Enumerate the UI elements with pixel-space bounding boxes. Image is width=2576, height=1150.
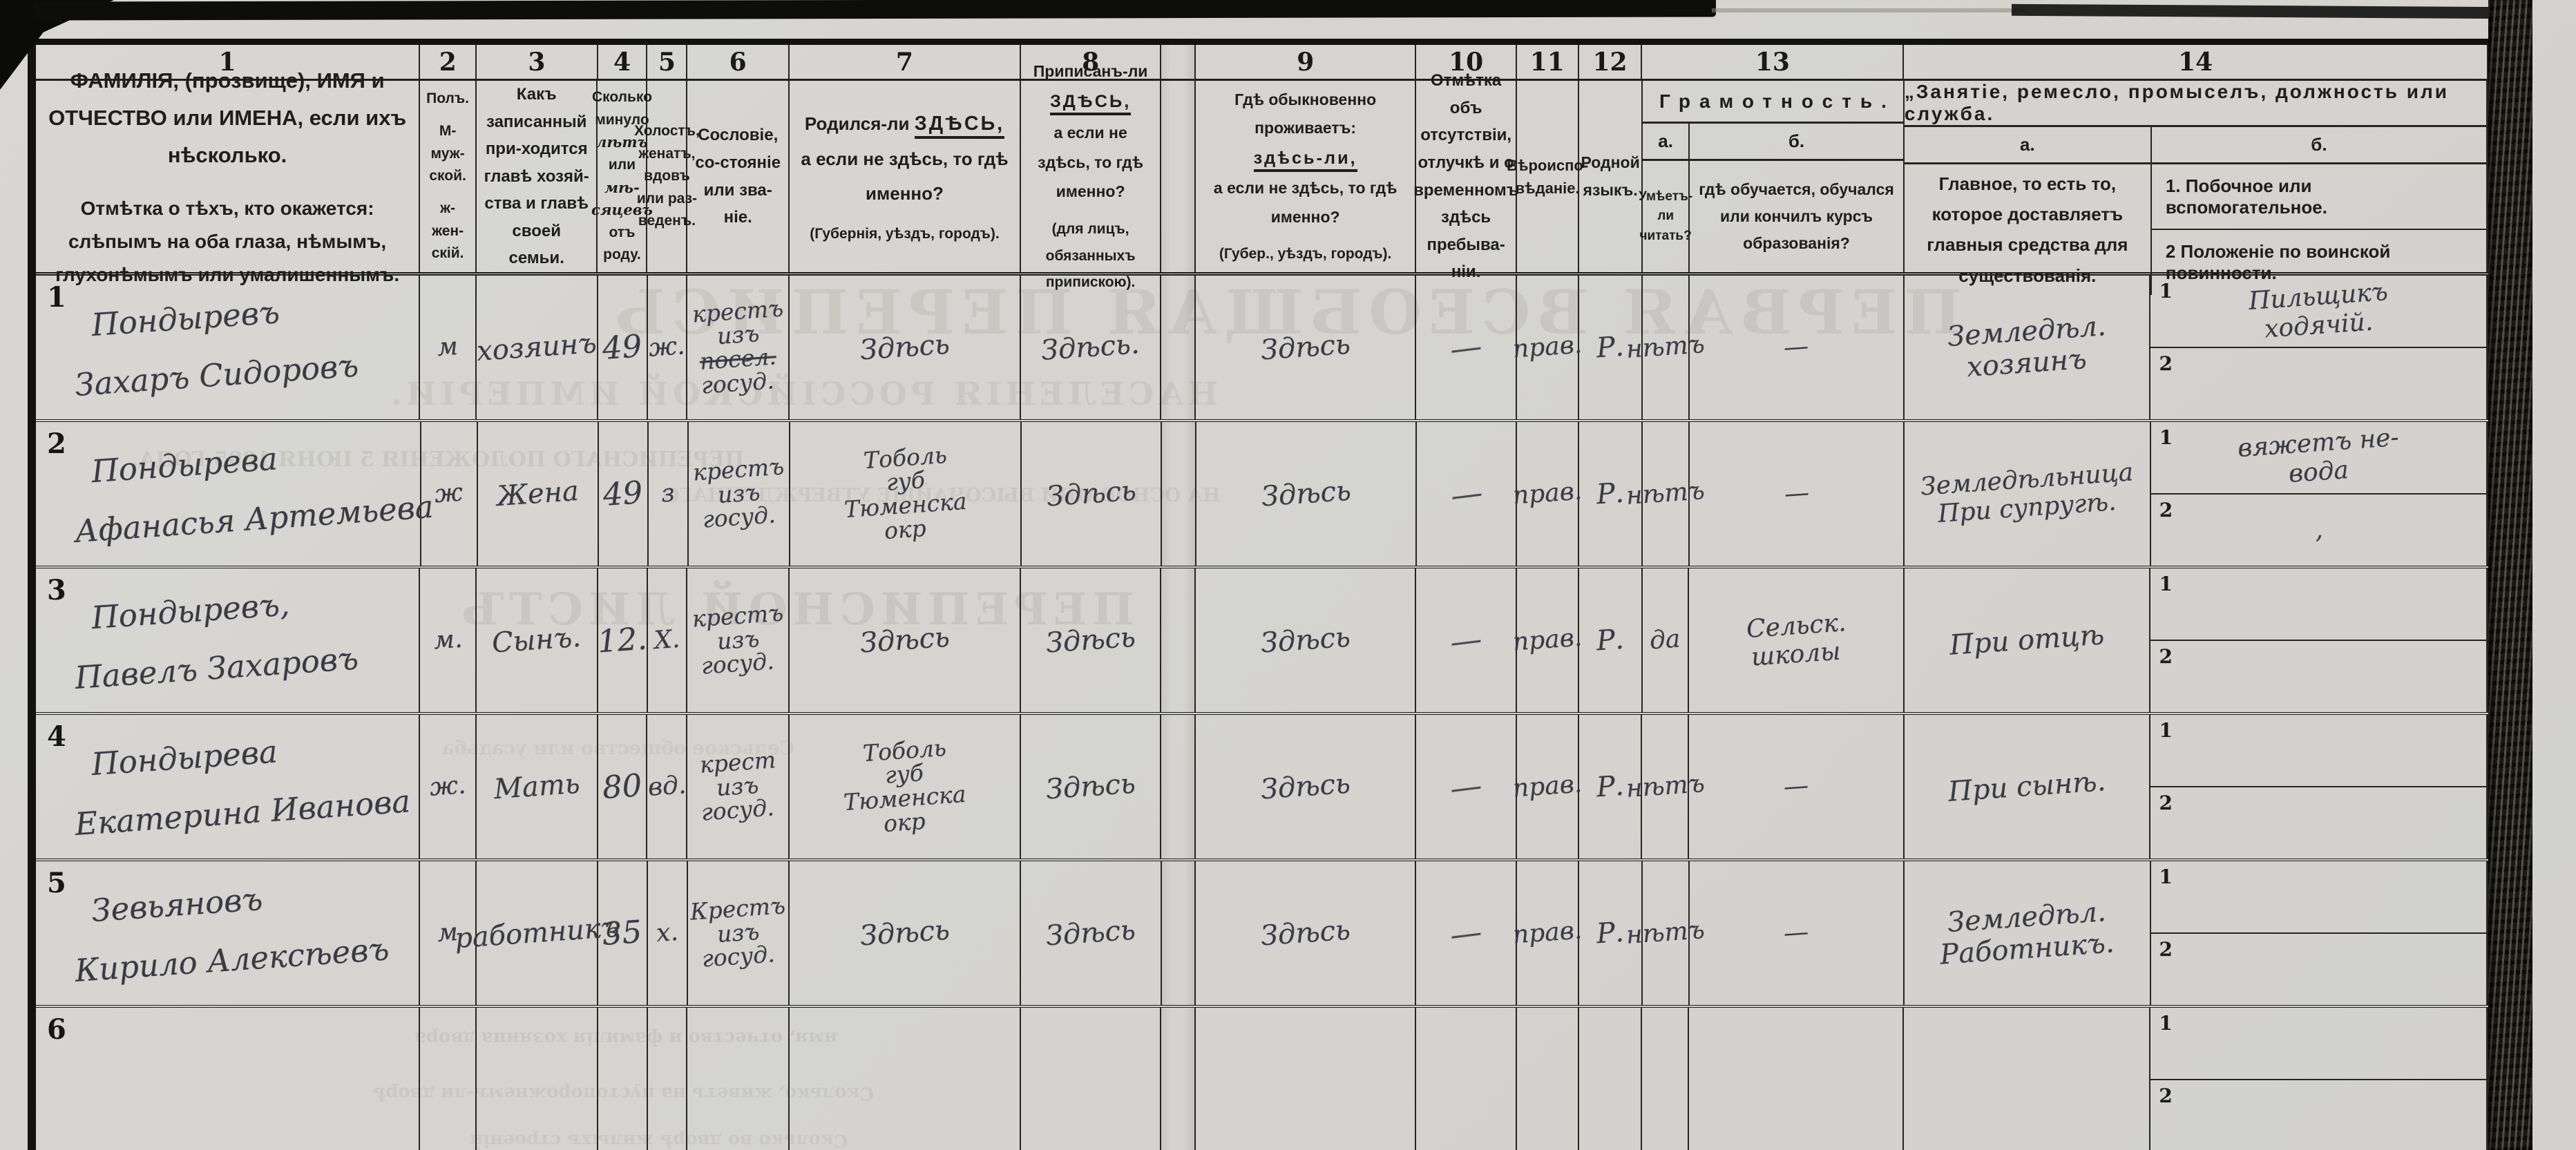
- hw-language: Р.: [1595, 331, 1625, 365]
- cell-absence: —: [1416, 276, 1517, 419]
- hw-estate: госуд.: [700, 650, 775, 679]
- printed-sub-number: 2: [2159, 792, 2172, 814]
- cell-name: 6: [36, 1008, 420, 1150]
- col-header-occupation: „Занятіе, ремесло, промыселъ, должность …: [1905, 81, 2488, 272]
- page-fold-strip: [1162, 861, 1196, 1005]
- cell-religion: прав.: [1517, 276, 1579, 419]
- page-fold-strip: [1162, 422, 1196, 566]
- hw-age: 12.: [596, 621, 648, 660]
- hw-surname: Зевьяновъ: [90, 871, 413, 929]
- hw-occupation-main: При отцѣ: [1949, 619, 2106, 662]
- hw-religion: прав.: [1512, 624, 1583, 657]
- hw-side-occupation: вода: [2288, 456, 2350, 488]
- born-post: а если не здѣсь, то гдѣ именно?: [795, 142, 1014, 211]
- col-num-11: 11: [1517, 45, 1579, 79]
- col-header-sex: Полъ. М-муж-ской. ж-жен-скій.: [420, 81, 477, 272]
- cell-registration: [1021, 1008, 1161, 1150]
- col-header-relation: Какъ записанный при-ходится главѣ хозяй-…: [477, 81, 598, 272]
- col-num-7: 7: [790, 45, 1021, 79]
- hw-resides: Здѣсь: [1259, 768, 1351, 806]
- side-occupation-sub1: 1: [2150, 568, 2486, 641]
- cell-marital: з: [649, 422, 689, 566]
- col-num-6: 6: [687, 45, 790, 79]
- hw-relation: Сынъ.: [491, 622, 582, 660]
- sex-title: Полъ.: [426, 88, 469, 111]
- cell-name: 1 Пондыревъ Захаръ Сидоровъ: [36, 276, 420, 419]
- printed-sub-number: 1: [2159, 280, 2172, 303]
- row-number: 6: [47, 1013, 66, 1046]
- cell-reads: да: [1643, 568, 1690, 712]
- cell-age: [598, 1008, 648, 1150]
- col-header-religion: Вѣроиспо-вѣданіе.: [1517, 81, 1579, 272]
- cell-name: 3 Пондыревъ, Павелъ Захаровъ: [36, 568, 420, 712]
- col-num-14: 14: [1904, 45, 2488, 79]
- hw-marital: Х.: [653, 625, 681, 655]
- col-num-2: 2: [420, 45, 477, 79]
- hw-absence: —: [1449, 474, 1485, 514]
- scanned-census-form: { "form": { "sub1": "1", "sub2": "2" }, …: [0, 0, 2576, 1150]
- cell-birthplace: Здѣсь: [790, 568, 1021, 712]
- sex-male-key: М-муж-ской.: [426, 120, 470, 188]
- hw-registered: Здѣсь: [1045, 914, 1137, 952]
- cell-marital: Х.: [648, 568, 688, 712]
- cell-marital: [648, 1008, 688, 1150]
- hw-surname: Пондыревъ: [90, 285, 413, 343]
- census-table: 1 2 3 4 5 6 7 8 9 10 11 12 13 14 ФАМИЛІЯ…: [28, 39, 2488, 1150]
- cell-occupation-main: Земледѣльница При супругѣ.: [1905, 422, 2151, 566]
- cell-school: —: [1690, 861, 1905, 1005]
- cell-relation: [477, 1008, 598, 1150]
- cell-school: —: [1690, 422, 1905, 566]
- hw-language: Р.: [1596, 477, 1625, 511]
- col-num-12: 12: [1579, 45, 1643, 79]
- hw-school: —: [1783, 772, 1810, 802]
- cell-occupation-side: 1 2: [2151, 861, 2488, 1005]
- hw-given-names: Афанасья Артемьева: [74, 490, 414, 550]
- page-fold-strip: [1161, 45, 1196, 79]
- hw-sex: ж.: [429, 772, 467, 803]
- cell-estate: [687, 1008, 790, 1150]
- literacy-title: Грамотность.: [1643, 81, 1903, 124]
- registered-post: а если не здѣсь, то гдѣ именно?: [1027, 118, 1154, 207]
- cell-residence: Здѣсь: [1196, 715, 1416, 859]
- cell-absence: —: [1416, 715, 1517, 859]
- scan-top-edge: [33, 0, 1716, 21]
- cell-age: 49: [599, 422, 649, 566]
- literacy-a-text: Умѣетъ-ли читать?: [1643, 161, 1688, 272]
- cell-birthplace: Здѣсь: [790, 861, 1021, 1005]
- printed-sub-number: 2: [2159, 645, 2172, 668]
- col-num-13: 13: [1642, 45, 1904, 79]
- cell-residence: [1196, 1008, 1416, 1150]
- cell-reads: нѣтъ: [1643, 861, 1690, 1005]
- book-spine-edge: [2488, 0, 2532, 1150]
- printed-sub-number: 1: [2159, 719, 2172, 742]
- hw-school: —: [1783, 918, 1810, 948]
- side-occupation-sub1: 1 вяжетъ не- вода: [2151, 422, 2486, 495]
- hw-school: школы: [1750, 638, 1842, 672]
- row-number: 3: [47, 574, 66, 606]
- row-number: 5: [47, 867, 66, 899]
- resides-note: (Губер., уѣздъ, городъ).: [1219, 241, 1392, 267]
- col-num-4: 4: [598, 45, 648, 79]
- hw-surname: Пондырева: [90, 725, 413, 783]
- hw-registered: Здѣсь.: [1040, 328, 1141, 367]
- hw-language: Р.: [1595, 624, 1625, 658]
- cell-registration: Здѣсь: [1021, 715, 1161, 859]
- col-header-estate: Сословіе, со-стояніе или зва-ніе.: [687, 81, 790, 272]
- printed-sub-number: 1: [2159, 426, 2173, 449]
- cell-sex: м: [420, 276, 477, 419]
- cell-occupation-side: 1 вяжетъ не- вода 2 ,: [2151, 422, 2488, 566]
- hw-birthplace: Здѣсь: [859, 914, 951, 952]
- side-occupation-sub2: 2: [2150, 787, 2486, 859]
- hw-religion: прав.: [1512, 917, 1583, 950]
- cell-relation: Сынъ.: [477, 568, 598, 712]
- hw-relation: работникъ: [453, 912, 620, 955]
- hw-sex: ж: [434, 479, 464, 509]
- col-header-name: ФАМИЛІЯ, (прозвище), ИМЯ и ОТЧЕСТВО или …: [36, 81, 420, 272]
- hw-given-names: Павелъ Захаровъ: [74, 637, 413, 696]
- census-row: 4 Пондырева Екатерина Иванова ж. Мать 80…: [36, 715, 2488, 861]
- hw-birthplace: Здѣсь: [859, 329, 951, 367]
- side-occupation-sub2: 2: [2150, 1080, 2486, 1150]
- cell-residence: Здѣсь: [1196, 422, 1417, 566]
- cell-absence: —: [1416, 568, 1517, 712]
- hw-absence: —: [1448, 327, 1484, 367]
- cell-religion: прав.: [1517, 861, 1579, 1005]
- occupation-b-label: б.: [2152, 127, 2486, 164]
- census-row: 1 Пондыревъ Захаръ Сидоровъ м хозяинъ 49…: [36, 276, 2488, 422]
- cell-school: —: [1690, 276, 1905, 419]
- hw-age: 80: [601, 767, 643, 806]
- hw-resides: Здѣсь: [1259, 329, 1351, 367]
- col-header-registration: Приписанъ-ли ЗДѢСЬ, а если не здѣсь, то …: [1021, 81, 1161, 272]
- row-number: 4: [47, 720, 66, 753]
- page-fold-strip: [1161, 1008, 1196, 1150]
- cell-registration: Здѣсь.: [1021, 276, 1161, 419]
- cell-reads: [1642, 1008, 1689, 1150]
- hw-marital: вд.: [647, 771, 687, 802]
- relation-text: Какъ записанный при-ходится главѣ хозяй-…: [482, 81, 591, 272]
- hw-absence: —: [1448, 913, 1484, 953]
- cell-sex: м.: [420, 568, 477, 712]
- cell-registration: Здѣсь: [1022, 422, 1162, 566]
- cell-school: [1689, 1008, 1904, 1150]
- cell-absence: —: [1416, 861, 1517, 1005]
- side-occupation-sub1: 1 Пильщикъ ходячій.: [2150, 276, 2486, 348]
- cell-relation: хозяинъ: [477, 276, 598, 419]
- hw-birthplace: окр: [883, 809, 926, 836]
- cell-religion: прав.: [1517, 422, 1579, 566]
- col-num-5: 5: [647, 45, 687, 79]
- cell-estate: крест изъ госуд.: [687, 715, 790, 859]
- hw-estate: госуд.: [701, 943, 776, 972]
- cell-sex: ж: [421, 422, 478, 566]
- registered-pre: Приписанъ-ли: [1033, 62, 1148, 80]
- cell-residence: Здѣсь: [1196, 861, 1416, 1005]
- cell-occupation-side: 1 2: [2150, 1008, 2488, 1150]
- cell-name: 5 Зевьяновъ Кирило Алексѣевъ: [36, 861, 420, 1005]
- resides-here-emphasis: здѣсь-ли,: [1254, 148, 1357, 172]
- cell-estate: крестъ изъ посел. госуд.: [687, 276, 790, 419]
- page-fold-strip: [1161, 715, 1196, 859]
- estate-text: Сословіе, со-стояніе или зва-ніе.: [693, 122, 783, 231]
- hw-surname: Пондыревъ,: [90, 578, 413, 636]
- cell-sex: ж.: [420, 715, 477, 859]
- cell-age: 12.: [598, 568, 648, 712]
- cell-name: 4 Пондырева Екатерина Иванова: [36, 715, 420, 859]
- printed-sub-number: 1: [2159, 865, 2173, 888]
- row-number: 1: [47, 281, 66, 314]
- census-row: 3 Пондыревъ, Павелъ Захаровъ м. Сынъ. 12…: [36, 568, 2488, 715]
- cell-marital: х.: [648, 861, 688, 1005]
- cell-birthplace: [790, 1008, 1021, 1150]
- hw-marital: ж.: [648, 332, 686, 363]
- hw-given-names: Захаръ Сидоровъ: [74, 344, 413, 403]
- cell-estate: Крестъ изъ госуд.: [688, 861, 790, 1005]
- side-occupation-sub1: 1: [2150, 715, 2486, 787]
- cell-occupation-side: 1 2: [2150, 715, 2488, 859]
- col-header-marital: Холостъ, женатъ, вдовъ или раз-веденъ.: [647, 81, 687, 272]
- hw-estate: госуд.: [700, 369, 775, 398]
- cell-relation: Мать: [477, 715, 598, 859]
- resides-post: а если не здѣсь, то гдѣ именно?: [1201, 174, 1409, 231]
- hw-registered: Здѣсь: [1045, 475, 1137, 513]
- cell-reads: нѣтъ: [1643, 422, 1690, 566]
- side-occupation-sub1: 1: [2150, 1008, 2486, 1080]
- hw-reads: да: [1649, 625, 1681, 655]
- cell-registration: Здѣсь: [1021, 861, 1161, 1005]
- cell-relation: Жена: [478, 422, 599, 566]
- hw-marital: з: [660, 479, 676, 509]
- hw-age: 49: [601, 328, 643, 367]
- hw-religion: прав.: [1511, 331, 1583, 364]
- hw-given-names: Екатерина Иванова: [74, 783, 413, 843]
- side-occupation-sub2: 2: [2151, 934, 2486, 1005]
- hw-registered: Здѣсь: [1044, 768, 1136, 806]
- cell-residence: Здѣсь: [1196, 568, 1416, 712]
- cell-relation: работникъ: [477, 861, 598, 1005]
- occupation-side-text: 1. Побочное или вспомогательное.: [2152, 164, 2486, 230]
- cell-age: 49: [598, 276, 648, 419]
- born-pre: Родился-ли: [805, 113, 910, 134]
- literacy-a-label: а.: [1643, 124, 1688, 161]
- hw-school: —: [1783, 332, 1810, 363]
- hw-age: 35: [602, 914, 644, 952]
- hw-language: Р.: [1595, 917, 1625, 950]
- header-row: ФАМИЛІЯ, (прозвище), ИМЯ и ОТЧЕСТВО или …: [36, 81, 2488, 276]
- hw-side-occupation: ,: [2313, 515, 2323, 544]
- cell-language: [1579, 1008, 1643, 1150]
- page-fold-strip: [1161, 81, 1196, 272]
- hw-absence: —: [1448, 767, 1484, 807]
- hw-sex: м: [437, 332, 459, 362]
- sex-female-key: ж-жен-скій.: [426, 198, 470, 265]
- occupation-title: „Занятіе, ремесло, промыселъ, должность …: [1905, 81, 2486, 127]
- registered-here-emphasis: ЗДѢСЬ,: [1050, 92, 1131, 115]
- cell-sex: [420, 1008, 477, 1150]
- col-header-language: Родной языкъ.: [1579, 81, 1643, 272]
- cell-occupation-side: 1 2: [2150, 568, 2488, 712]
- cell-age: 35: [598, 861, 648, 1005]
- col-num-9: 9: [1196, 45, 1416, 79]
- hw-estate: госуд.: [702, 504, 776, 533]
- cell-birthplace: Тоболь губ Тюменска окр: [790, 715, 1021, 859]
- cell-estate: крестъ изъ госуд.: [687, 568, 790, 712]
- col-header-absence: Отмѣтка объ отсутствіи, отлучкѣ и о врем…: [1416, 81, 1517, 272]
- printed-sub-number: 2: [2159, 1084, 2172, 1107]
- cell-registration: Здѣсь: [1021, 568, 1161, 712]
- age-or-word: или: [609, 154, 636, 177]
- hw-age: 49: [602, 475, 645, 513]
- hw-absence: —: [1448, 620, 1484, 660]
- language-text: Родной языкъ.: [1581, 149, 1640, 203]
- occupation-a-label: а.: [1905, 127, 2150, 164]
- cell-birthplace: Здѣсь: [790, 276, 1021, 419]
- page-fold-strip: [1161, 276, 1196, 419]
- col-header-residence: Гдѣ обыкновенно проживаетъ: здѣсь-ли, а …: [1196, 81, 1416, 272]
- row-number: 2: [47, 428, 66, 460]
- religion-text: Вѣроиспо-вѣданіе.: [1507, 154, 1588, 200]
- cell-religion: прав.: [1517, 568, 1579, 712]
- printed-sub-number: 2: [2159, 938, 2173, 961]
- cell-name: 2 Пондырева Афанасья Артемьева: [36, 422, 421, 566]
- census-row: 2 Пондырева Афанасья Артемьева ж Жена 49…: [36, 422, 2488, 568]
- hw-relation: хозяинъ: [476, 327, 598, 367]
- literacy-b-label: б.: [1690, 124, 1903, 161]
- header-name-line1: ФАМИЛІЯ, (прозвище), ИМЯ и ОТЧЕСТВО или …: [41, 62, 413, 175]
- hw-estate: госуд.: [700, 796, 775, 825]
- cell-birthplace: Тоболь губ Тюменска окр: [790, 422, 1022, 566]
- side-occupation-sub2: 2: [2150, 641, 2486, 712]
- cell-estate: крестъ изъ госуд.: [689, 422, 790, 566]
- hw-marital: х.: [655, 918, 679, 948]
- hw-school: —: [1783, 479, 1810, 509]
- hw-sex: м.: [432, 625, 463, 655]
- printed-sub-number: 2: [2159, 499, 2173, 521]
- literacy-b-text: гдѣ обучается, обучался или кончилъ курс…: [1690, 161, 1903, 272]
- col-num-3: 3: [477, 45, 598, 79]
- cell-marital: вд.: [647, 715, 687, 859]
- side-occupation-sub2: 2 ,: [2151, 495, 2486, 566]
- scan-top-edge-right: [2012, 4, 2512, 19]
- col-header-literacy: Грамотность. а. Умѣетъ-ли читать? б. гдѣ…: [1643, 81, 1905, 272]
- cell-language: Р.: [1579, 568, 1643, 712]
- hw-birthplace: окр: [884, 517, 927, 544]
- hw-registered: Здѣсь: [1044, 622, 1136, 660]
- hw-resides: Здѣсь: [1260, 914, 1352, 952]
- hw-surname: Пондырева: [90, 432, 414, 490]
- cell-absence: —: [1417, 422, 1517, 566]
- cell-religion: [1517, 1008, 1579, 1150]
- side-occupation-sub2: 2: [2150, 348, 2486, 419]
- born-note: (Губернія, уѣздъ, городъ).: [810, 220, 999, 248]
- cell-occupation-main: При сынѣ.: [1905, 715, 2151, 859]
- cell-reads: нѣтъ: [1642, 715, 1689, 859]
- hw-resides: Здѣсь: [1260, 475, 1352, 513]
- cell-occupation-main: Земледѣл. Работникъ.: [1905, 861, 2151, 1005]
- printed-sub-number: 2: [2159, 352, 2172, 375]
- col-header-birthplace: Родился-ли ЗДѢСЬ, а если не здѣсь, то гд…: [790, 81, 1021, 272]
- absence-text: Отмѣтка объ отсутствіи, отлучкѣ и о врем…: [1413, 67, 1518, 286]
- hw-religion: прав.: [1511, 770, 1583, 803]
- scan-top-streak: [1712, 8, 2024, 12]
- cell-occupation-main: При отцѣ: [1905, 568, 2151, 712]
- cell-absence: [1416, 1008, 1517, 1150]
- born-here-emphasis: ЗДѢСЬ,: [915, 113, 1004, 139]
- census-row: 5 Зевьяновъ Кирило Алексѣевъ м работникъ…: [36, 861, 2488, 1008]
- hw-occupation-main: При сынѣ.: [1947, 765, 2107, 808]
- cell-occupation-main: Земледѣл. хозяинъ: [1905, 276, 2151, 419]
- printed-sub-number: 1: [2159, 1012, 2172, 1035]
- cell-occupation-main: [1904, 1008, 2150, 1150]
- printed-sub-number: 1: [2159, 573, 2172, 595]
- resides-pre: Гдѣ обыкновенно проживаетъ:: [1201, 86, 1409, 143]
- page-fold-strip: [1161, 568, 1196, 712]
- cell-marital: ж.: [648, 276, 688, 419]
- cell-occupation-side: 1 Пильщикъ ходячій. 2: [2150, 276, 2488, 419]
- hw-relation: Мать: [493, 768, 580, 806]
- side-occupation-sub1: 1: [2151, 861, 2486, 934]
- hw-given-names: Кирило Алексѣевъ: [74, 930, 413, 989]
- hw-resides: Здѣсь: [1259, 622, 1351, 660]
- cell-school: Сельск. школы: [1689, 568, 1904, 712]
- cell-residence: Здѣсь: [1196, 276, 1416, 419]
- hw-religion: прав.: [1512, 477, 1583, 510]
- cell-school: —: [1689, 715, 1904, 859]
- cell-reads: нѣтъ: [1643, 276, 1690, 419]
- cell-age: 80: [598, 715, 648, 859]
- hw-relation: Жена: [496, 475, 580, 512]
- hw-language: Р.: [1595, 770, 1625, 804]
- cell-religion: прав.: [1517, 715, 1579, 859]
- census-row: 6 1 2: [36, 1008, 2488, 1150]
- hw-birthplace: Здѣсь: [859, 622, 951, 660]
